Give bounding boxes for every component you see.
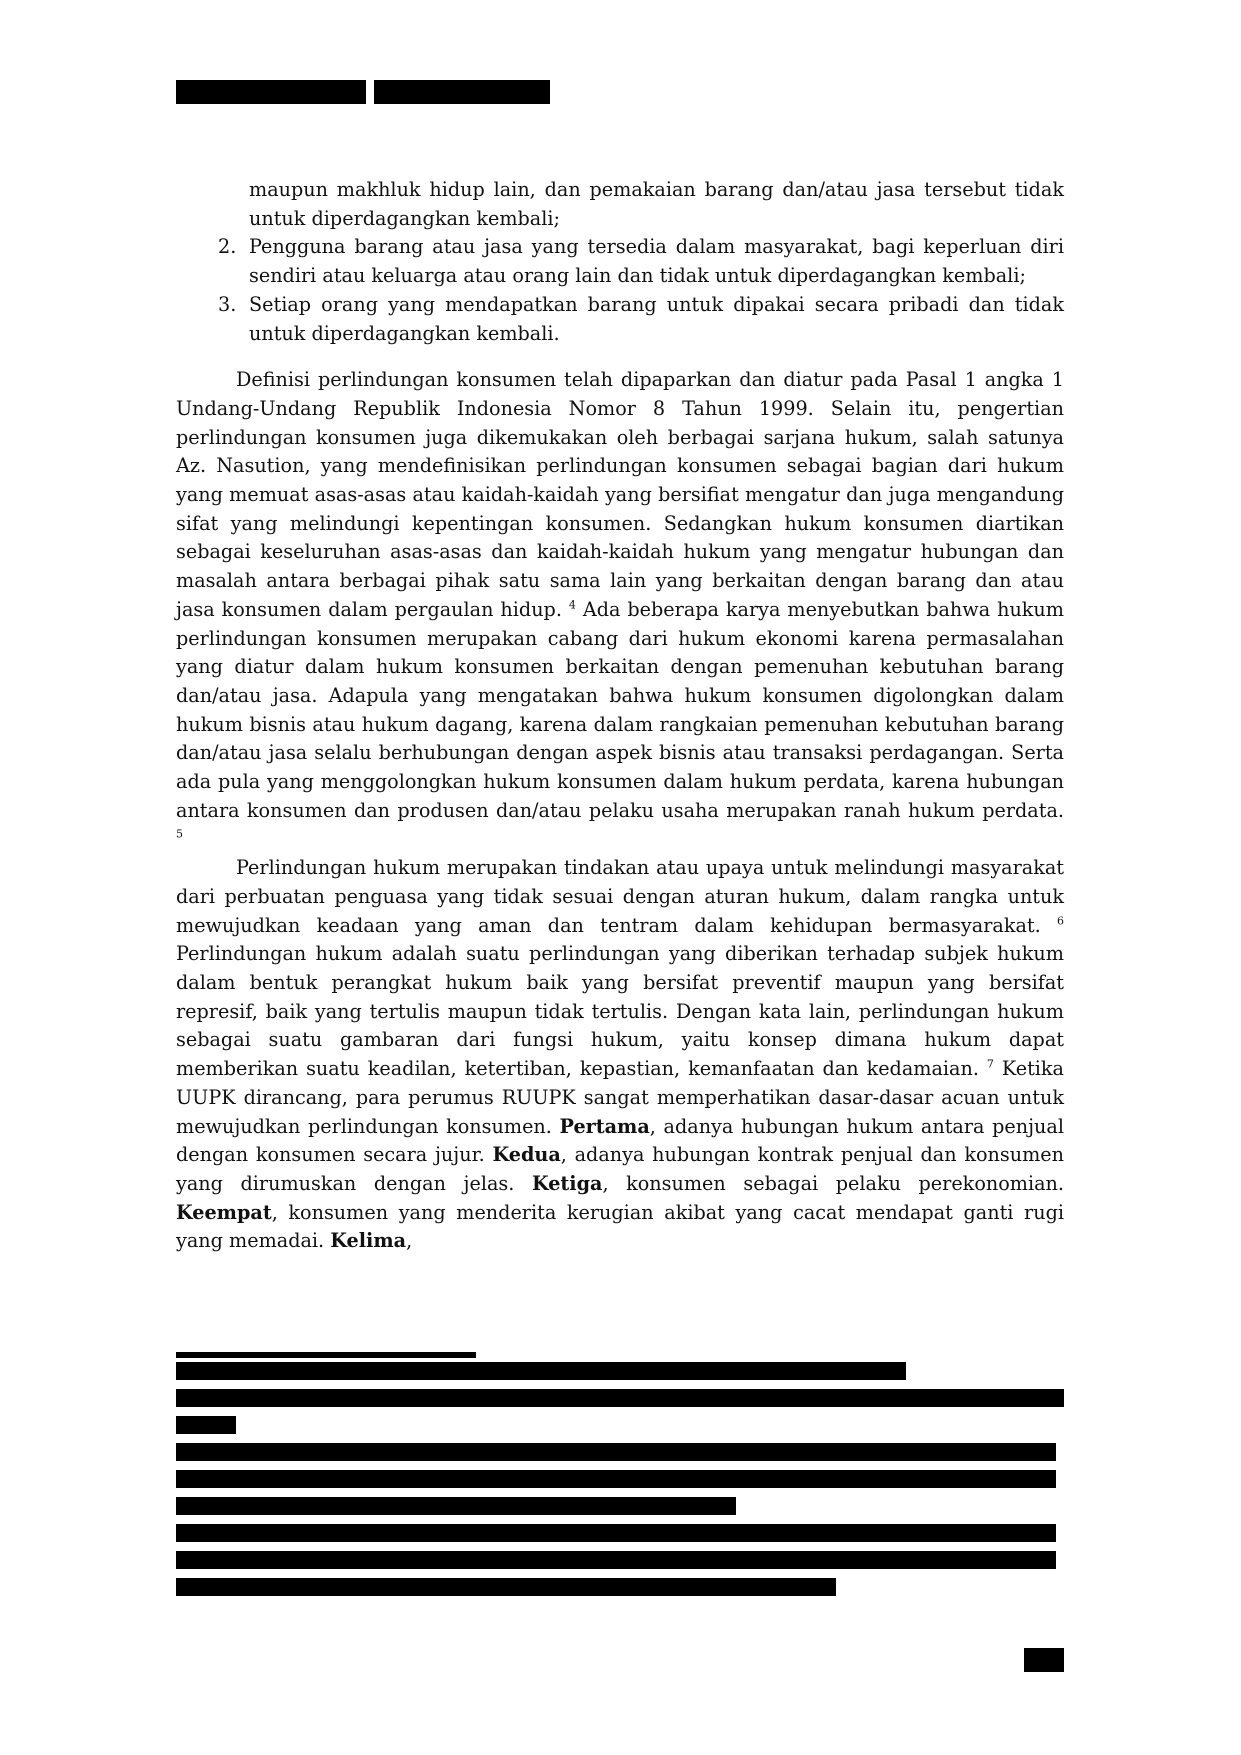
footnote-ref[interactable]: 4 [569, 598, 576, 611]
paragraph-text: , [406, 1229, 412, 1252]
paragraph-text: Ada beberapa karya menyebutkan bahwa huk… [176, 598, 1064, 822]
footnote-redaction [176, 1389, 1064, 1407]
list-number: 3. [218, 291, 236, 320]
paragraph-text: , konsumen sebagai pelaku perekonomian. [602, 1172, 1064, 1195]
paragraph-text: Perlindungan hukum merupakan tindakan at… [176, 856, 1064, 936]
footnote-redaction [176, 1470, 1056, 1488]
body-text: maupun makhluk hidup lain, dan pemakaian… [176, 176, 1064, 1256]
paragraph-text: , konsumen yang menderita kerugian akiba… [176, 1201, 1064, 1253]
list-item-text: Pengguna barang atau jasa yang tersedia … [249, 235, 1064, 287]
bold-term: Pertama [560, 1115, 650, 1138]
paragraph-text: Definisi perlindungan konsumen telah dip… [176, 368, 1064, 621]
running-header-redacted [176, 80, 550, 104]
list-item: 3.Setiap orang yang mendapatkan barang u… [176, 291, 1064, 348]
footnote-separator [176, 1352, 476, 1358]
header-redaction-2 [374, 80, 550, 104]
footnote-redaction [176, 1551, 1056, 1569]
footnote-redaction [176, 1578, 836, 1596]
footnote-ref[interactable]: 5 [176, 828, 183, 841]
bold-term: Kedua [492, 1143, 560, 1166]
footnotes-redacted [176, 1352, 1064, 1605]
header-redaction-1 [176, 80, 366, 104]
footnote-redaction [176, 1416, 236, 1434]
paragraph-definition: Definisi perlindungan konsumen telah dip… [176, 366, 1064, 854]
bold-term: Keempat [176, 1201, 272, 1224]
page-number-redacted [1024, 1648, 1064, 1672]
list-item: 2.Pengguna barang atau jasa yang tersedi… [176, 233, 1064, 290]
paragraph-text: Perlindungan hukum adalah suatu perlindu… [176, 942, 1064, 1080]
list-item-text: maupun makhluk hidup lain, dan pemakaian… [249, 178, 1064, 230]
list-item-text: Setiap orang yang mendapatkan barang unt… [249, 293, 1064, 345]
footnote-ref[interactable]: 6 [1057, 914, 1064, 927]
footnote-redaction [176, 1362, 906, 1380]
footnote-redaction [176, 1443, 1056, 1461]
consumer-definition-list: maupun makhluk hidup lain, dan pemakaian… [176, 176, 1064, 348]
list-item-1-continuation: maupun makhluk hidup lain, dan pemakaian… [176, 176, 1064, 233]
footnote-redaction [176, 1524, 1056, 1542]
bold-term: Kelima [330, 1229, 406, 1252]
footnote-redaction [176, 1497, 736, 1515]
list-number: 2. [218, 233, 236, 262]
paragraph-legal-protection: Perlindungan hukum merupakan tindakan at… [176, 854, 1064, 1256]
bold-term: Ketiga [532, 1172, 602, 1195]
footnote-ref[interactable]: 7 [987, 1058, 994, 1071]
